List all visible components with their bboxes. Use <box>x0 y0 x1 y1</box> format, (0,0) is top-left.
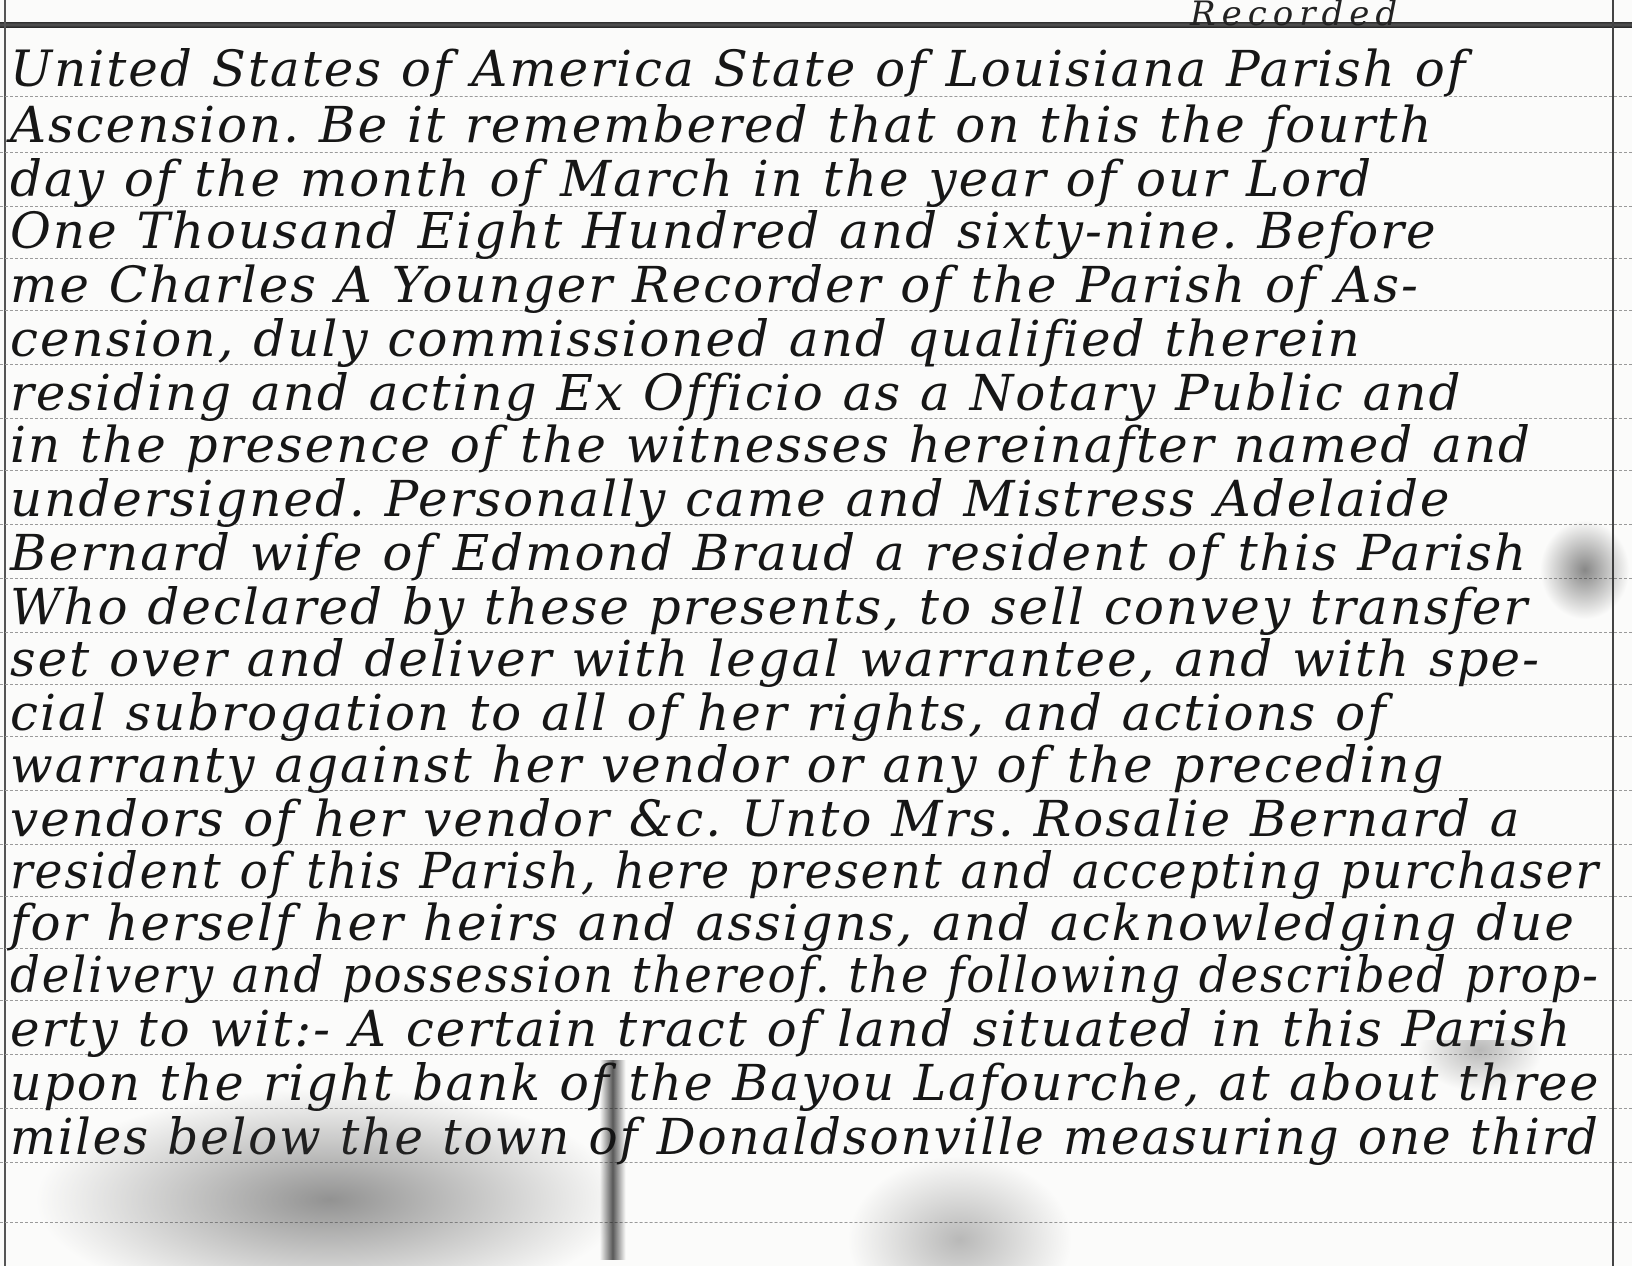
paper-fold-shadow <box>600 1060 626 1260</box>
text-line-21: miles below the town of Donaldsonville m… <box>10 1112 1551 1162</box>
text-line-19: erty to wit:- A certain tract of land si… <box>10 1004 1600 1054</box>
text-line-13: cial subrogation to all of her rights, a… <box>10 688 1600 738</box>
text-line-6: cension, duly commissioned and qualified… <box>10 314 1600 364</box>
text-line-5: me Charles A Younger Recorder of the Par… <box>10 260 1600 310</box>
text-line-7: residing and acting Ex Officio as a Nota… <box>10 368 1600 418</box>
text-line-15: vendors of her vendor &c. Unto Mrs. Rosa… <box>10 794 1600 844</box>
ruled-line <box>0 1222 1632 1224</box>
text-line-2: Ascension. Be it remembered that on this… <box>10 100 1600 150</box>
text-line-10: Bernard wife of Edmond Braud a resident … <box>10 528 1600 578</box>
header-note: Recorded <box>1190 0 1403 34</box>
text-line-12: set over and deliver with legal warrante… <box>10 634 1600 684</box>
ink-blot <box>1540 520 1630 620</box>
text-line-18: delivery and possession thereof. the fol… <box>10 950 1496 1000</box>
text-line-3: day of the month of March in the year of… <box>10 154 1600 204</box>
scanned-document-page: Recorded United States of America State … <box>0 0 1632 1266</box>
text-line-16: resident of this Parish, here present an… <box>10 846 1514 896</box>
text-line-17: for herself her heirs and assigns, and a… <box>10 898 1600 948</box>
text-line-8: in the presence of the witnesses hereina… <box>10 420 1600 470</box>
text-line-9: undersigned. Personally came and Mistres… <box>10 474 1600 524</box>
text-line-11: Who declared by these presents, to sell … <box>10 582 1600 632</box>
text-line-1: United States of America State of Louisi… <box>10 44 1600 94</box>
text-line-4: One Thousand Eight Hundred and sixty-nin… <box>10 206 1600 256</box>
text-line-20: upon the right bank of the Bayou Lafourc… <box>10 1058 1571 1108</box>
text-line-14: warranty against her vendor or any of th… <box>10 740 1600 790</box>
